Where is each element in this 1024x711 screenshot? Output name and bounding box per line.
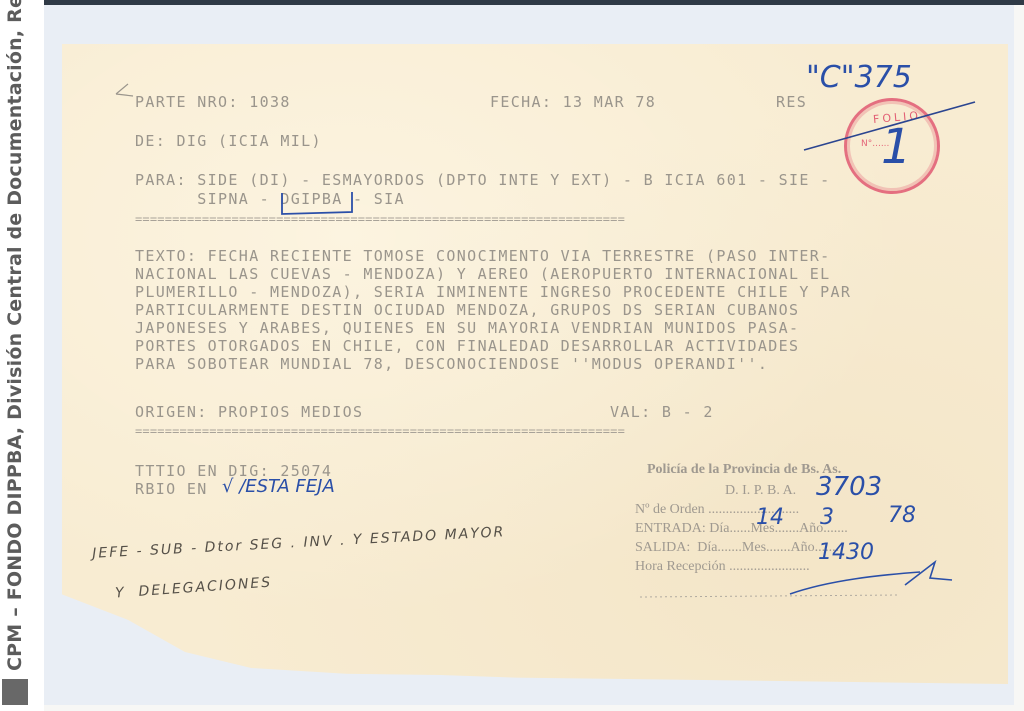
texto-line: TEXTO: FECHA RECIENTE TOMOSE CONOCIMENTO… <box>135 247 831 266</box>
para-line-2: SIPNA - DGIPBA - SIA <box>135 190 405 209</box>
separator: ========================================… <box>135 424 655 438</box>
texto-line: PARA SOBOTEAR MUNDIAL 78, DESCONOCIENDOS… <box>135 355 768 374</box>
classification: RES <box>776 93 807 112</box>
orden-number-handwritten: 3703 <box>816 472 882 502</box>
archive-sidebar: CPM – FONDO DIPPBA, División Central de … <box>0 0 44 711</box>
handwritten-reference: "C"375 <box>806 60 912 95</box>
texto-line: NACIONAL LAS CUEVAS - MENDOZA) Y AEREO (… <box>135 265 831 284</box>
rbio-label: RBIO EN <box>135 480 208 499</box>
de-line: DE: DIG (ICIA MIL) <box>135 132 322 151</box>
parte-number: PARTE NRO: 1038 <box>135 93 291 112</box>
texto-line: JAPONESES Y ARABES, QUIENES EN SU MAYORI… <box>135 319 799 338</box>
square-icon <box>2 679 28 705</box>
folio-stamp: FOLIO N°...... 1 <box>844 98 940 194</box>
stamp-hora-label: Hora Recepción ....................... <box>635 559 810 575</box>
archive-credit: CPM – FONDO DIPPBA, División Central de … <box>2 0 28 705</box>
stamp-subtitle: D. I. P. B. A. <box>725 483 796 499</box>
entrada-mes-handwritten: 3 <box>820 505 834 530</box>
entrada-anio-handwritten: 78 <box>888 503 916 528</box>
texto-line: PORTES OTORGADOS EN CHILE, CON FINALEDAD… <box>135 337 799 356</box>
stamp-entrada-label: ENTRADA: Día......Mes.......Año....... <box>635 521 848 537</box>
stamp-salida-label: SALIDA: Día.......Mes.......Año....... <box>635 540 839 556</box>
para-line-1: PARA: SIDE (DI) - ESMAYORDOS (DPTO INTE … <box>135 171 831 190</box>
texto-line: PLUMERILLO - MENDOZA), SERIA INMINENTE I… <box>135 283 851 302</box>
texto-line: PARTICULARMENTE DESTIN OCIUDAD MENDOZA, … <box>135 301 799 320</box>
rbio-handwritten: √ /ESTA FEJA <box>222 476 335 497</box>
fecha: FECHA: 13 MAR 78 <box>490 93 656 112</box>
val-rating: VAL: B - 2 <box>610 403 714 422</box>
archive-credit-text: CPM – FONDO DIPPBA, División Central de … <box>4 0 26 671</box>
folio-number: 1 <box>881 119 912 175</box>
stamp-title: Policía de la Provincia de Bs. As. <box>647 462 841 478</box>
entrada-dia-handwritten: 14 <box>756 505 784 530</box>
separator: ========================================… <box>135 212 725 226</box>
hora-handwritten: 1430 <box>818 540 874 565</box>
origen: ORIGEN: PROPIOS MEDIOS <box>135 403 363 422</box>
